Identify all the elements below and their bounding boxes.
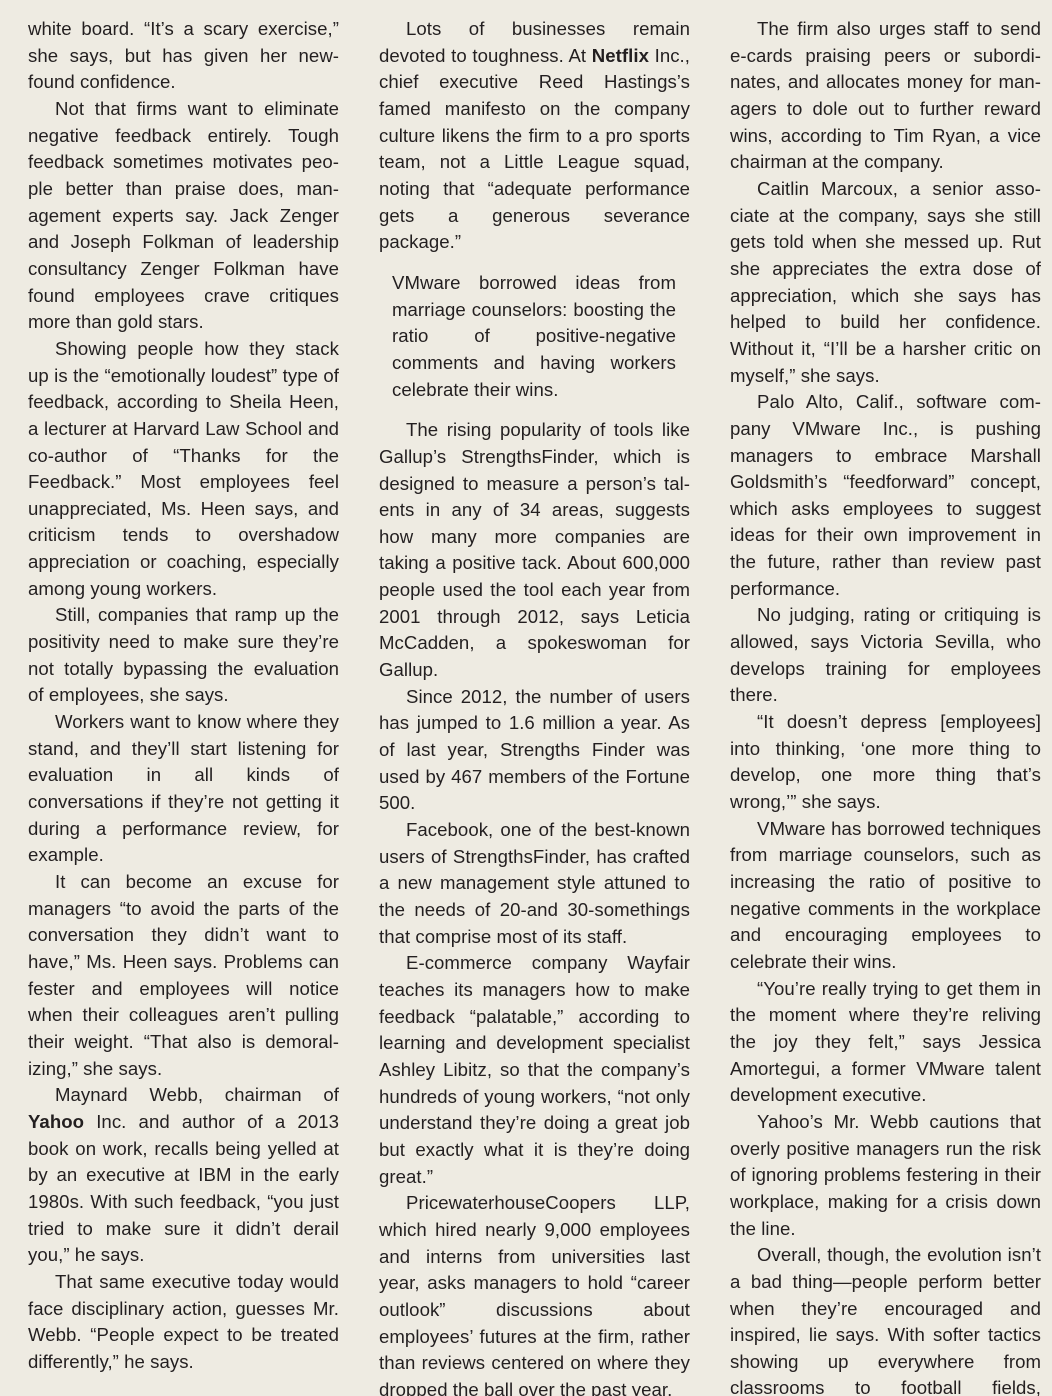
paragraph: It can become an excuse for managers “to… (28, 869, 339, 1082)
paragraph: white board. “It’s a scary exercise,” sh… (28, 16, 339, 96)
paragraph: Showing people how they stack up is the … (28, 336, 339, 603)
paragraph: The rising popularity of tools like Gall… (379, 417, 690, 684)
paragraph: Lots of businesses remain devoted to tou… (379, 16, 690, 256)
paragraph: PricewaterhouseCoopers LLP, which hired … (379, 1190, 690, 1396)
paragraph: That same executive today would face dis… (28, 1269, 339, 1376)
paragraph: The firm also urges staff to send e-card… (730, 16, 1041, 176)
paragraph: “You’re really trying to get them in the… (730, 976, 1041, 1109)
paragraph: Still, companies that ramp up the positi… (28, 602, 339, 709)
paragraph: Caitlin Marcoux, a senior asso­ciate at … (730, 176, 1041, 389)
paragraph: Overall, though, the evolution isn’t a b… (730, 1242, 1041, 1396)
article-column-3: The firm also urges staff to send e-card… (730, 16, 1041, 1396)
paragraph: Not that firms want to eliminate negativ… (28, 96, 339, 336)
paragraph-text: Inc. and author of a 2013 book on work, … (28, 1111, 339, 1265)
paragraph: Maynard Webb, chairman of Yahoo Inc. and… (28, 1082, 339, 1269)
paragraph: Yahoo’s Mr. Webb cautions that overly po… (730, 1109, 1041, 1242)
pull-quote: VMware borrowed ideas from marriage coun… (392, 270, 676, 403)
paragraph: Since 2012, the number of users has jump… (379, 684, 690, 817)
paragraph: Facebook, one of the best-known users of… (379, 817, 690, 950)
paragraph: “It doesn’t depress [employees] into thi… (730, 709, 1041, 816)
company-name-bold: Netflix (592, 45, 649, 66)
paragraph: Palo Alto, Calif., software com­pany VMw… (730, 389, 1041, 602)
company-name-bold: Yahoo (28, 1111, 84, 1132)
pull-quote-text: VMware borrowed ideas from marriage coun… (392, 270, 676, 403)
article-column-1: white board. “It’s a scary exercise,” sh… (28, 16, 339, 1375)
paragraph: E-commerce company Wayfair teaches its m… (379, 950, 690, 1190)
paragraph-text: Maynard Webb, chairman of (55, 1084, 339, 1105)
paragraph: No judging, rating or critiquing is allo… (730, 602, 1041, 709)
paragraph: Workers want to know where they stand, a… (28, 709, 339, 869)
paragraph: VMware has borrowed tech­niques from mar… (730, 816, 1041, 976)
paragraph-text: Inc., chief executive Reed Hast­ings’s f… (379, 45, 690, 253)
article-column-2: Lots of businesses remain devoted to tou… (379, 16, 690, 1396)
